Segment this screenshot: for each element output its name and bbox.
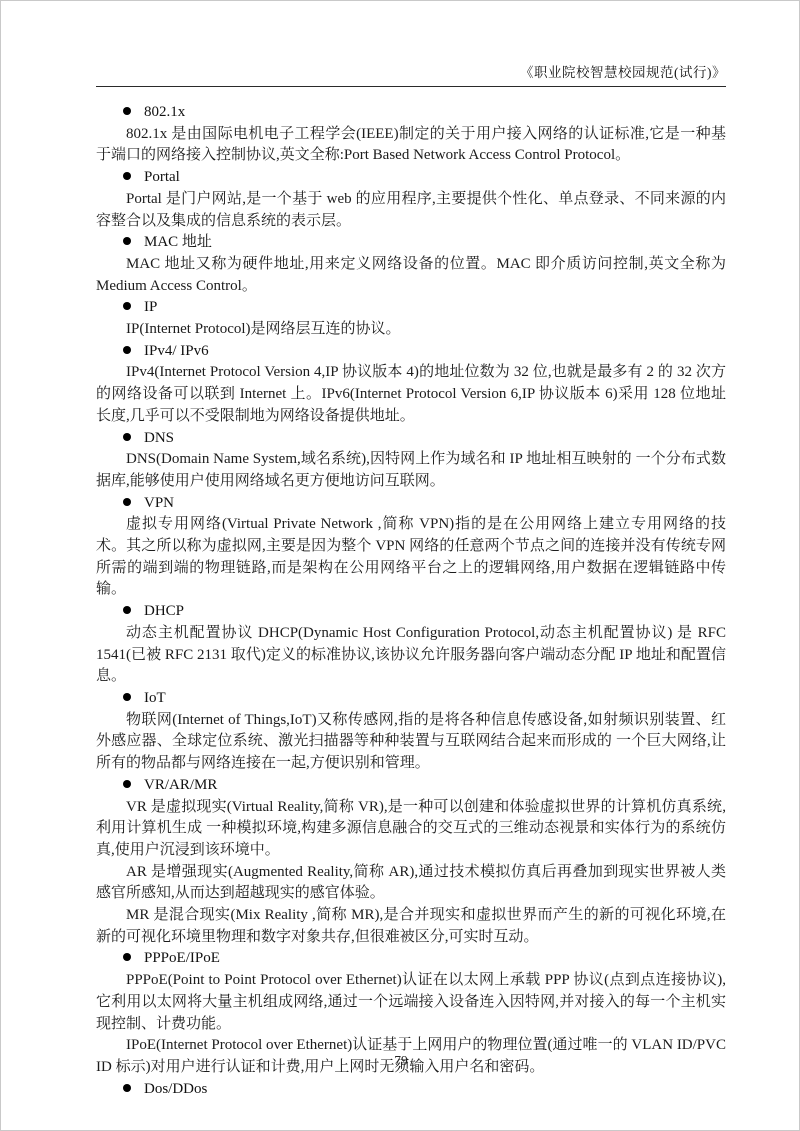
header-rule (96, 86, 726, 87)
bullet-icon (123, 107, 131, 115)
definition-paragraph: DNS(Domain Name System,域名系统),因特网上作为域名和 I… (96, 449, 726, 492)
glossary-term-row: VR/AR/MR (96, 775, 726, 797)
definition-paragraph: MR 是混合现实(Mix Reality ,简称 MR),是合并现实和虚拟世界而… (96, 905, 726, 948)
definition-paragraph: 虚拟专用网络(Virtual Private Network ,简称 VPN)指… (96, 514, 726, 601)
definition-paragraph: IPv4(Internet Protocol Version 4,IP 协议版本… (96, 362, 726, 427)
bullet-icon (123, 302, 131, 310)
page-number: 79 (1, 1053, 800, 1069)
bullet-icon (123, 953, 131, 961)
glossary-term-row: Dos/DDos (96, 1079, 726, 1101)
bullet-icon (123, 433, 131, 441)
definition-paragraph: 802.1x 是由国际电机电子工程学会(IEEE)制定的关于用户接入网络的认证标… (96, 124, 726, 167)
definition-paragraph: PPPoE(Point to Point Protocol over Ether… (96, 970, 726, 1035)
glossary-term-label: DHCP (144, 603, 184, 619)
glossary-term-label: IP (144, 299, 157, 315)
glossary-term-row: IPv4/ IPv6 (96, 341, 726, 363)
bullet-icon (123, 237, 131, 245)
glossary-term-label: VR/AR/MR (144, 777, 217, 793)
glossary-term-label: MAC 地址 (144, 234, 212, 250)
glossary-term-label: DNS (144, 430, 174, 446)
glossary-term-row: IoT (96, 688, 726, 710)
running-header-title: 《职业院校智慧校园规范(试行)》 (96, 61, 726, 81)
glossary-term-row: Portal (96, 167, 726, 189)
glossary-term-row: DHCP (96, 601, 726, 623)
definition-paragraph: MAC 地址又称为硬件地址,用来定义网络设备的位置。MAC 即介质访问控制,英文… (96, 254, 726, 297)
definition-paragraph: VR 是虚拟现实(Virtual Reality,简称 VR),是一种可以创建和… (96, 797, 726, 862)
definition-paragraph: Portal 是门户网站,是一个基于 web 的应用程序,主要提供个性化、单点登… (96, 189, 726, 232)
glossary-term-label: IPv4/ IPv6 (144, 343, 209, 359)
glossary-term-row: VPN (96, 493, 726, 515)
bullet-icon (123, 606, 131, 614)
definition-paragraph: 物联网(Internet of Things,IoT)又称传感网,指的是将各种信… (96, 710, 726, 775)
glossary-term-label: IoT (144, 690, 166, 706)
bullet-icon (123, 172, 131, 180)
bullet-icon (123, 780, 131, 788)
glossary-term-row: 802.1x (96, 102, 726, 124)
glossary-term-label: Portal (144, 169, 180, 185)
glossary-term-label: VPN (144, 495, 174, 511)
glossary-term-row: IP (96, 297, 726, 319)
bullet-icon (123, 1084, 131, 1092)
definition-paragraph: IP(Internet Protocol)是网络层互连的协议。 (96, 319, 726, 341)
document-page: 《职业院校智慧校园规范(试行)》 802.1x802.1x 是由国际电机电子工程… (0, 0, 800, 1131)
bullet-icon (123, 498, 131, 506)
glossary-term-row: MAC 地址 (96, 232, 726, 254)
glossary-term-row: PPPoE/IPoE (96, 948, 726, 970)
glossary-term-label: 802.1x (144, 104, 185, 120)
bullet-icon (123, 693, 131, 701)
glossary-term-row: DNS (96, 428, 726, 450)
document-body: 802.1x802.1x 是由国际电机电子工程学会(IEEE)制定的关于用户接入… (96, 102, 726, 1100)
glossary-term-label: PPPoE/IPoE (144, 950, 220, 966)
definition-paragraph: 动态主机配置协议 DHCP(Dynamic Host Configuration… (96, 623, 726, 688)
definition-paragraph: AR 是增强现实(Augmented Reality,简称 AR),通过技术模拟… (96, 862, 726, 905)
glossary-term-label: Dos/DDos (144, 1081, 207, 1097)
bullet-icon (123, 346, 131, 354)
